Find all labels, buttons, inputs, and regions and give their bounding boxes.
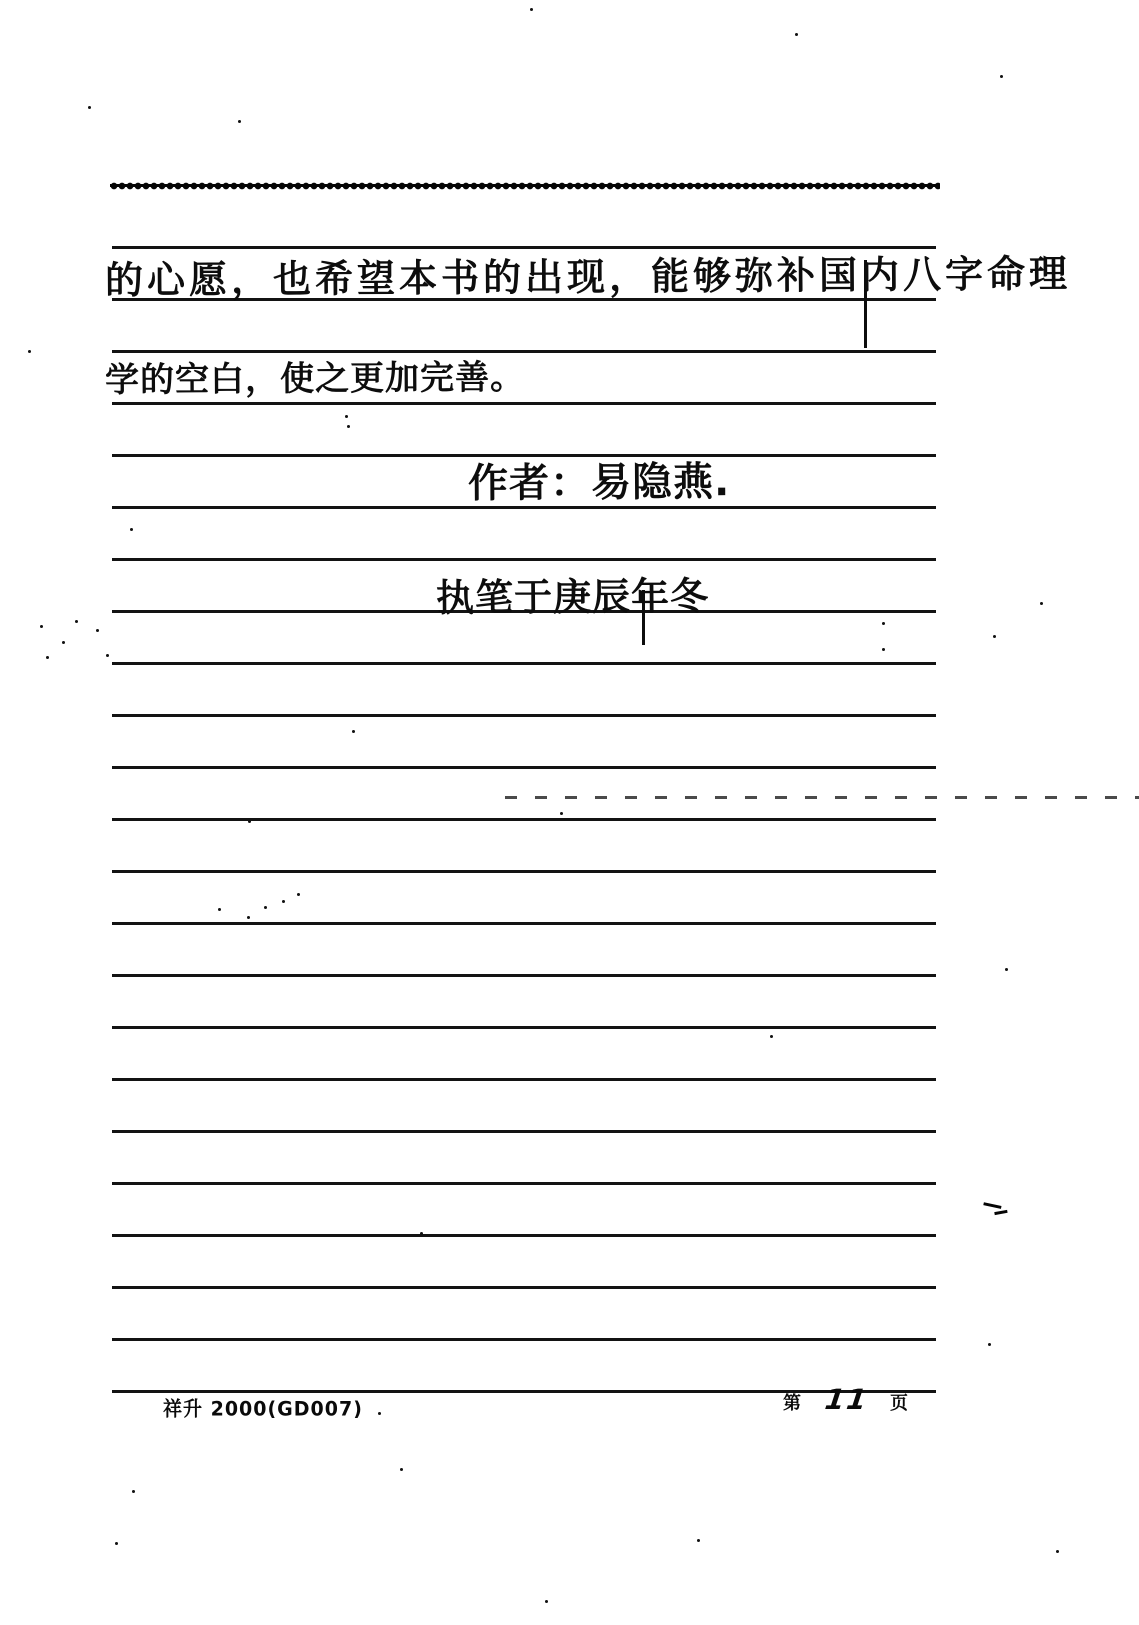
ink-scribble-mark bbox=[983, 1202, 1011, 1214]
handwritten-text-line-2: 学的空白，使之更加完善。 bbox=[105, 359, 525, 401]
handwritten-text-line-1: 的心愿，也希望本书的出现，能够弥补国内八字命理 bbox=[105, 253, 1071, 303]
handwritten-date-line: 执笔于庚辰年冬 bbox=[436, 575, 709, 621]
scan-artifact-dashed-line bbox=[505, 796, 1139, 799]
footer-print-code: 祥升 2000(GD007) bbox=[163, 1393, 363, 1421]
ink-flourish-stroke bbox=[642, 590, 645, 645]
ruled-lines bbox=[112, 246, 936, 1394]
ink-flourish-stroke bbox=[864, 260, 867, 348]
scan-noise-specks bbox=[0, 0, 3, 3]
top-edge-stitch-line bbox=[110, 181, 940, 191]
handwritten-author-line: 作者：易隐燕. bbox=[468, 459, 731, 507]
handwritten-page-number: 11 bbox=[820, 1383, 874, 1416]
page-number-area: 第 11 页 bbox=[783, 1383, 908, 1416]
page-label-suffix: 页 bbox=[890, 1389, 908, 1415]
page-label-prefix: 第 bbox=[783, 1389, 801, 1415]
scanned-manuscript-page: 的心愿，也希望本书的出现，能够弥补国内八字命理 学的空白，使之更加完善。 作者：… bbox=[0, 0, 1139, 1625]
